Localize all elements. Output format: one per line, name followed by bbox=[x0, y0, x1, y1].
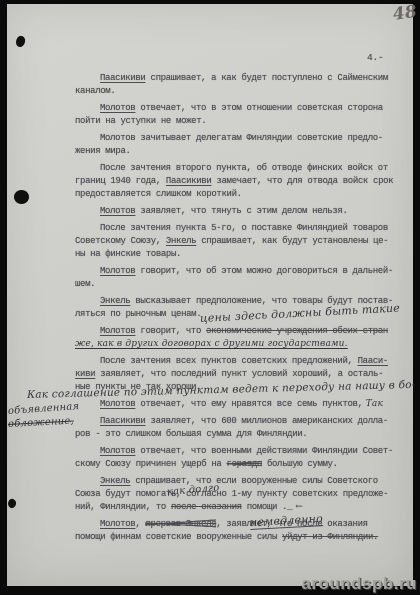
typed-text: шем. bbox=[75, 279, 95, 289]
text-line: ны на финские товары. bbox=[75, 248, 415, 261]
paragraph: Молотов, прервав Энкеля, заявляет, что п… bbox=[75, 518, 415, 544]
handwritten-annotation: 48 bbox=[392, 2, 419, 25]
paragraph: Молотов отвечает, что военными действиям… bbox=[75, 445, 415, 471]
text-line: Паасикиви спрашивает, а как будет поступ… bbox=[75, 72, 415, 85]
typed-text: отвечает, что ему нравятся все семь пунк… bbox=[135, 399, 362, 409]
typed-text: ров - это слишком большая сумма для Финл… bbox=[75, 429, 307, 439]
text-line: Молотов отвечает, что в этом отношении с… bbox=[75, 102, 415, 115]
typed-text: Молотов bbox=[100, 206, 135, 216]
paragraph: Молотов зачитывает делегатам Финляндии с… bbox=[75, 132, 415, 158]
typed-text: помощи ._ bbox=[242, 502, 293, 512]
typed-text: Молотов bbox=[100, 326, 135, 336]
typed-text: пойти на уступки не может. bbox=[75, 116, 206, 126]
text-line: же, как в других договорах с другими гос… bbox=[75, 338, 415, 351]
handwritten-text: ← bbox=[292, 502, 303, 512]
typed-text: Энкель bbox=[100, 476, 130, 486]
text-line: Молотов отвечает, что ему нравятся все с… bbox=[75, 398, 415, 411]
text-line: каналом. bbox=[75, 85, 415, 98]
watermark: aroundspb.ru bbox=[301, 574, 417, 594]
text-line: скому Союзу причинен ущерб на гораздо бо… bbox=[75, 458, 415, 471]
text-line: Молотов говорит, что об этом можно догов… bbox=[75, 265, 415, 278]
paragraph: Молотов отвечает, что ему нравятся все с… bbox=[75, 398, 415, 411]
text-line: жения мира. bbox=[75, 145, 415, 158]
typed-text: большую сумму. bbox=[262, 459, 338, 469]
typed-text: Паасикиви bbox=[166, 176, 211, 186]
typed-text: Молотов bbox=[100, 399, 135, 409]
typed-text: После зачтения второго пункта, об отводе… bbox=[100, 163, 388, 173]
scan-frame: { "page": { "folio_number": "48", "page_… bbox=[0, 0, 420, 595]
page-number: 4.- bbox=[367, 52, 384, 63]
paragraph: После зачтения пункта 5-го, о поставке Ф… bbox=[75, 222, 415, 261]
typed-text: Паасикиви bbox=[100, 416, 145, 426]
typed-text: спрашивает, как будут установлены це- bbox=[196, 236, 388, 246]
typed-text: киви bbox=[75, 369, 95, 379]
text-line: предоставляется слишком короткий. bbox=[75, 188, 415, 201]
blob-mark bbox=[6, 498, 17, 510]
paragraph: Энкель спрашивает, что если вооруженные … bbox=[75, 475, 415, 514]
paragraph: Паасикиви спрашивает, а как будет поступ… bbox=[75, 72, 415, 98]
typed-text: после оказания bbox=[171, 502, 242, 512]
paragraph: Паасикиви заявляет, что 600 миллионов ам… bbox=[75, 415, 415, 441]
typed-text: спрашивает, что если вооруженные силы Со… bbox=[130, 476, 378, 486]
paragraph: Молотов отвечает, что в этом отношении с… bbox=[75, 102, 415, 128]
paragraph: После зачтения второго пункта, об отводе… bbox=[75, 162, 415, 201]
typed-text: Пааси- bbox=[358, 356, 388, 366]
typed-text: говорит, что об этом можно договориться … bbox=[135, 266, 393, 276]
text-line: помощи финнам советские вооруженные силы… bbox=[75, 531, 415, 544]
typed-text: Паасикиви bbox=[100, 73, 145, 83]
text-line: пойти на уступки не может. bbox=[75, 115, 415, 128]
typed-text: спрашивает, а как будет поступлено с Сай… bbox=[145, 73, 387, 83]
typed-text: заявляет, что последний пункт условий хо… bbox=[95, 369, 383, 379]
text-line: шем. bbox=[75, 278, 415, 291]
typed-text: уйдут из Финляндии. bbox=[282, 532, 378, 542]
text-line: Молотов, прервав Энкеля, заявляет, что п… bbox=[75, 518, 415, 531]
text-line: Молотов отвечает, что военными действиям… bbox=[75, 445, 415, 458]
text-line: После зачтения пункта 5-го, о поставке Ф… bbox=[75, 222, 415, 235]
typed-text: Советскому Союзу, bbox=[75, 236, 166, 246]
typed-text: границ 1940 года, bbox=[75, 176, 166, 186]
text-line: Молотов говорит, что экономические учреж… bbox=[75, 325, 415, 338]
typed-text: После зачтения пункта 5-го, о поставке Ф… bbox=[100, 223, 388, 233]
typed-text: Молотов зачитывает делегатам Финляндии с… bbox=[100, 133, 383, 143]
typed-text: жения мира. bbox=[75, 146, 131, 156]
typed-text: экономические учреждения обеих стран bbox=[206, 326, 388, 336]
text-line: границ 1940 года, Паасикиви замечает, чт… bbox=[75, 175, 415, 188]
typed-text: ны на финские товары. bbox=[75, 249, 181, 259]
typed-text: отвечает, что в этом отношении советская… bbox=[135, 103, 383, 113]
text-line: Союза будут помогать, согласно 1-му пунк… bbox=[75, 488, 415, 501]
text-line: После зачтения второго пункта, об отводе… bbox=[75, 162, 415, 175]
text-line: Советскому Союзу, Энкель спрашивает, как… bbox=[75, 235, 415, 248]
typed-text: Молотов bbox=[100, 266, 135, 276]
typed-text: каналом. bbox=[75, 86, 115, 96]
typed-text: говорит, что bbox=[135, 326, 206, 336]
typed-text: После зачтения всех пунктов советских пр… bbox=[100, 356, 358, 366]
text-line: ров - это слишком большая сумма для Финл… bbox=[75, 428, 415, 441]
handwritten-annotation: обложение, bbox=[8, 416, 74, 430]
paragraph: Молотов говорит, что экономические учреж… bbox=[75, 325, 415, 351]
text-line: Паасикиви заявляет, что 600 миллионов ам… bbox=[75, 415, 415, 428]
handwritten-annotation: объявленная bbox=[8, 401, 80, 417]
text-line: Энкель спрашивает, что если вооруженные … bbox=[75, 475, 415, 488]
text-line: Молотов заявляет, что тянуть с этим дело… bbox=[75, 205, 415, 218]
text-line: ний, Финляндии, то после оказания помощи… bbox=[75, 501, 415, 514]
typed-text: отвечает, что военными действиями Финлян… bbox=[135, 446, 393, 456]
typed-text: ляться по рыночным ценам. bbox=[75, 309, 201, 319]
typed-text: гораздо bbox=[227, 459, 262, 469]
paragraph: Молотов говорит, что об этом можно догов… bbox=[75, 265, 415, 291]
typed-text: замечает, что для отвода войск срок bbox=[211, 176, 393, 186]
typed-text: Молотов bbox=[100, 446, 135, 456]
paper: 4.- Паасикиви спрашивает, а как будет по… bbox=[7, 4, 413, 586]
typed-text: Молотов bbox=[100, 103, 135, 113]
text-line: киви заявляет, что последний пункт услов… bbox=[75, 368, 415, 381]
typed-text: , bbox=[135, 519, 145, 529]
handwritten-text: Так bbox=[363, 399, 383, 409]
blob-mark bbox=[14, 35, 27, 49]
text-line: Молотов зачитывает делегатам Финляндии с… bbox=[75, 132, 415, 145]
typed-text: Энкель bbox=[166, 236, 196, 246]
typed-text: скому Союзу причинен ущерб на bbox=[75, 459, 227, 469]
typed-text: предоставляется слишком короткий. bbox=[75, 189, 242, 199]
typed-text: прервав Энкеля bbox=[145, 519, 216, 529]
typed-text: помощи финнам советские вооруженные силы bbox=[75, 532, 282, 542]
typed-text: ний, Финляндии, то bbox=[75, 502, 171, 512]
paragraph: Молотов заявляет, что тянуть с этим дело… bbox=[75, 205, 415, 218]
dot-mark bbox=[14, 190, 29, 204]
typed-text: Союза будут помогать, согласно 1-му пунк… bbox=[75, 489, 388, 499]
typed-text: Молотов bbox=[100, 519, 135, 529]
typed-text: заявляет, что 600 миллионов американских… bbox=[145, 416, 387, 426]
typed-text: заявляет, что тянуть с этим делом нельзя… bbox=[135, 206, 347, 216]
text-line: После зачтения всех пунктов советских пр… bbox=[75, 355, 415, 368]
typed-text: Энкель bbox=[100, 296, 130, 306]
handwritten-text: же, как в других договорах с другими гос… bbox=[75, 339, 348, 349]
